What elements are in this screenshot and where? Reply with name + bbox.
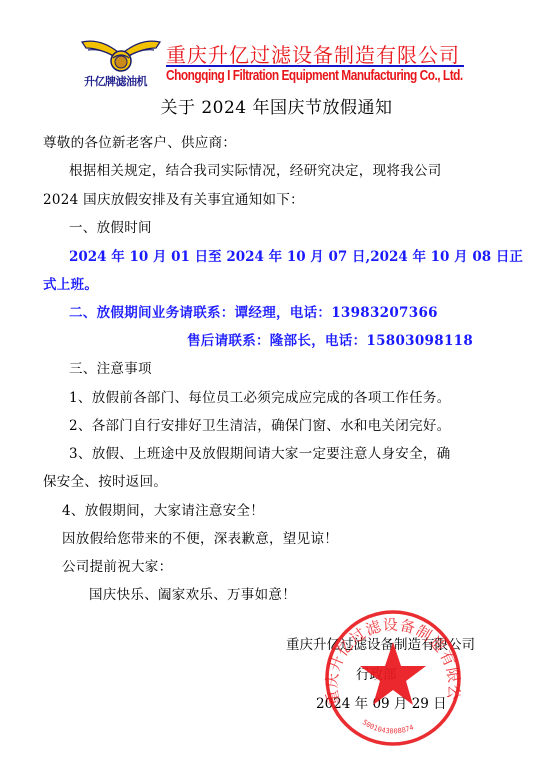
notice-title: 关于 2024 年国庆节放假通知 (0, 93, 553, 118)
logo-brand-text: 升亿牌滤油机 (84, 73, 147, 89)
salutation: 尊敬的各位新老客户、供应商： (43, 131, 236, 151)
after-sales-contact: 售后请联系：隆部长，电话：15803098118 (187, 329, 473, 349)
company-name-en: Chongqing I Filtration Equipment Manufac… (166, 68, 463, 84)
notice-item-4: 4、放假期间，大家请注意安全！ (62, 499, 264, 519)
company-logo: 升亿牌滤油机 (80, 36, 162, 90)
holiday-dates: 2024 年 10 月 01 日至 2024 年 10 月 07 日,2024 … (69, 245, 523, 265)
company-name-cn: 重庆升亿过滤设备制造有限公司 (166, 39, 460, 68)
section-1-heading: 一、放假时间 (69, 216, 152, 236)
letterhead: 升亿牌滤油机 重庆升亿过滤设备制造有限公司 Chongqing I Filtra… (80, 36, 470, 92)
wishes-intro: 公司提前祝大家： (62, 555, 172, 575)
notice-item-3: 3、放假、上班途中及放假期间请大家一定要注意人身安全，确 (69, 442, 451, 462)
intro-line-2: 2024 国庆放假安排及有关事宜通知如下： (43, 188, 304, 208)
notice-item-2: 2、各部门自行安排好卫生清洁，确保门窗、水和电关闭完好。 (69, 414, 451, 434)
wishes-text: 国庆快乐、阖家欢乐、万事如意！ (89, 583, 296, 603)
winged-emblem-icon (80, 36, 162, 76)
notice-page: 升亿牌滤油机 重庆升亿过滤设备制造有限公司 Chongqing I Filtra… (0, 0, 553, 782)
header-divider (166, 65, 464, 67)
apology-text: 因放假给您带来的不便，深表歉意，望见谅！ (62, 527, 338, 547)
notice-item-1: 1、放假前各部门、每位员工必须完成应完成的各项工作任务。 (69, 386, 451, 406)
holiday-dates-cont: 式上班。 (43, 273, 98, 293)
section-3-heading: 三、注意事项 (69, 357, 152, 377)
red-seal-icon: 重庆升亿过滤设备制造有限公司 5001043008874 (318, 606, 468, 756)
sales-contact: 二、放假期间业务请联系：谭经理，电话：13983207366 (69, 301, 438, 321)
svg-text:5001043008874: 5001043008874 (361, 718, 415, 735)
intro-line-1: 根据相关规定，结合我司实际情况，经研究决定，现将我公司 (69, 159, 442, 179)
notice-item-3-cont: 保安全、按时返回。 (43, 470, 167, 490)
company-seal: 重庆升亿过滤设备制造有限公司 5001043008874 (318, 606, 468, 756)
